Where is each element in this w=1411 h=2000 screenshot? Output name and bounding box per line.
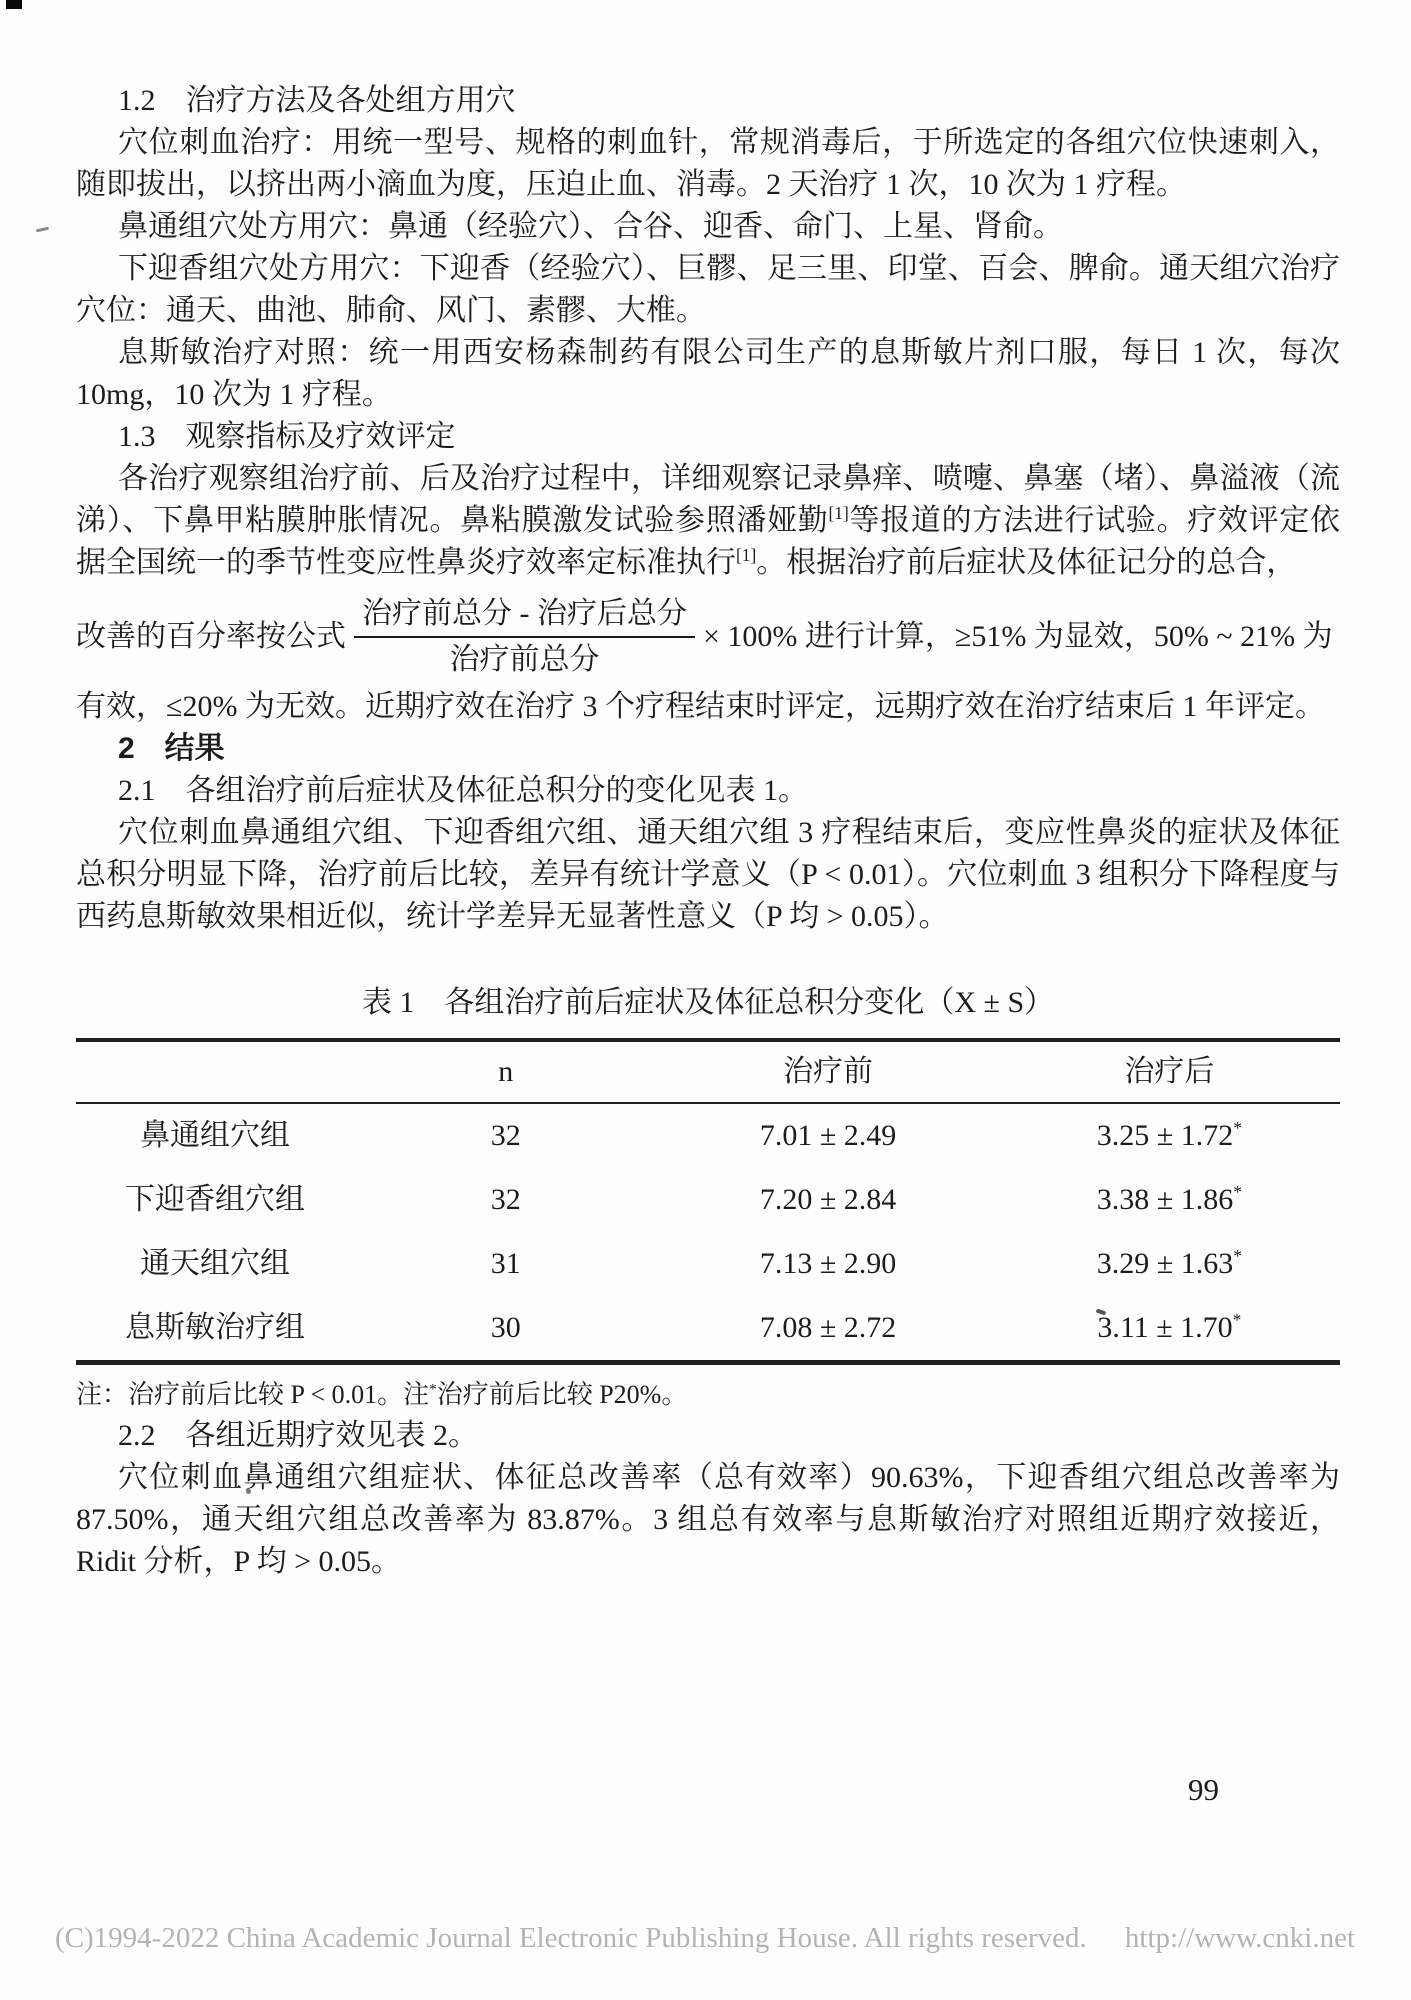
formula-fraction: 治疗前总分 - 治疗后总分 治疗前总分 (354, 594, 695, 680)
scan-artifact-dash (36, 227, 49, 233)
significance-marker: * (1233, 1118, 1242, 1138)
section-heading-2: 2 结果 (76, 728, 1340, 770)
page-number: 99 (1188, 1772, 1219, 1808)
cell-after-value: 3.29 ± 1.63 (1097, 1247, 1233, 1280)
table-1-title: 表 1 各组治疗前后症状及体征总积分变化（X ± S） (76, 982, 1340, 1024)
cell-n: 31 (354, 1232, 657, 1296)
formula-suffix: × 100% 进行计算，≥51% 为显效，50% ~ 21% 为 (703, 616, 1333, 658)
cell-after: 3.11 ± 1.70* (999, 1296, 1340, 1363)
header-after: 治疗后 (999, 1040, 1340, 1103)
cell-after: 3.25 ± 1.72* (999, 1103, 1340, 1168)
copyright-footer: (C)1994-2022 China Academic Journal Elec… (55, 1922, 1355, 1955)
significance-marker: * (1233, 1310, 1242, 1330)
cell-before: 7.01 ± 2.49 (657, 1103, 998, 1168)
cell-after-value: 3.11 ± 1.70 (1097, 1311, 1232, 1344)
paragraph-bloodletting: 穴位刺血治疗：用统一型号、规格的刺血针，常规消毒后，于所选定的各组穴位快速刺入，… (76, 122, 1340, 206)
formula-prefix: 改善的百分率按公式 (76, 616, 346, 658)
table-1: n 治疗前 治疗后 鼻通组穴组 32 7.01 ± 2.49 3.25 ± 1.… (76, 1038, 1340, 1365)
table-row: 鼻通组穴组 32 7.01 ± 2.49 3.25 ± 1.72* (76, 1103, 1340, 1168)
cell-group: 息斯敏治疗组 (76, 1296, 354, 1363)
cell-n: 30 (354, 1296, 657, 1363)
section-heading-1-2: 1.2 治疗方法及各处组方用穴 (76, 80, 1340, 122)
table-note: 注：治疗前后比较 P < 0.01。注*治疗前后比较 P20%。 (76, 1375, 1340, 1415)
paragraph-result-scores: 穴位刺血鼻通组穴组、下迎香组穴组、通天组穴组 3 疗程结束后，变应性鼻炎的症状及… (76, 812, 1340, 938)
cell-n: 32 (354, 1103, 657, 1168)
section-heading-2-1: 2.1 各组治疗前后症状及体征总积分的变化见表 1。 (76, 770, 1340, 812)
observation-text-3: 。根据治疗前后症状及体征记分的总合， (756, 546, 1296, 579)
paragraph-observation: 各治疗观察组治疗前、后及治疗过程中，详细观察记录鼻痒、喷嚏、鼻塞（堵）、鼻溢液（… (76, 458, 1340, 584)
section-heading-1-3: 1.3 观察指标及疗效评定 (76, 416, 1340, 458)
paragraph-xiayingxiang-points: 下迎香组穴处方用穴：下迎香（经验穴）、巨髎、足三里、印堂、百会、脾俞。通天组穴治… (76, 248, 1340, 332)
improvement-rate-formula: 改善的百分率按公式 治疗前总分 - 治疗后总分 治疗前总分 × 100% 进行计… (76, 594, 1340, 680)
table-note-text-1: 注：治疗前后比较 P < 0.01。注 (76, 1380, 429, 1409)
table-1-block: 表 1 各组治疗前后症状及体征总积分变化（X ± S） n 治疗前 治疗后 鼻通… (76, 982, 1340, 1415)
paragraph-bitong-points: 鼻通组穴处方用穴：鼻通（经验穴）、合谷、迎香、命门、上星、肾俞。 (76, 206, 1340, 248)
cell-after-value: 3.38 ± 1.86 (1097, 1183, 1233, 1216)
page-body: 1.2 治疗方法及各处组方用穴 穴位刺血治疗：用统一型号、规格的刺血针，常规消毒… (76, 80, 1340, 1583)
footer-url: http://www.cnki.net (1125, 1922, 1355, 1955)
significance-marker: * (1233, 1246, 1242, 1266)
reference-marker-1: [1] (829, 503, 849, 523)
paragraph-effectiveness-criteria: 有效，≤20% 为无效。近期疗效在治疗 3 个疗程结束时评定，远期疗效在治疗结束… (76, 686, 1340, 728)
paragraph-result-rates: 穴位刺血鼻通组穴组症状、体征总改善率（总有效率）90.63%，下迎香组穴组总改善… (76, 1457, 1340, 1583)
table-row: 息斯敏治疗组 30 7.08 ± 2.72 3.11 ± 1.70* (76, 1296, 1340, 1363)
paragraph-astemizole-control: 息斯敏治疗对照：统一用西安杨森制药有限公司生产的息斯敏片剂口服，每日 1 次，每… (76, 332, 1340, 416)
cell-before: 7.08 ± 2.72 (657, 1296, 998, 1363)
table-note-marker: * (429, 1381, 437, 1397)
reference-marker-2: [1] (736, 545, 756, 565)
table-row: 通天组穴组 31 7.13 ± 2.90 3.29 ± 1.63* (76, 1232, 1340, 1296)
header-before: 治疗前 (657, 1040, 998, 1103)
cell-after-value: 3.25 ± 1.72 (1097, 1119, 1233, 1152)
cell-after: 3.38 ± 1.86* (999, 1168, 1340, 1232)
cell-group: 鼻通组穴组 (76, 1103, 354, 1168)
cell-group: 下迎香组穴组 (76, 1168, 354, 1232)
table-header-row: n 治疗前 治疗后 (76, 1040, 1340, 1103)
formula-numerator: 治疗前总分 - 治疗后总分 (354, 594, 695, 638)
formula-denominator: 治疗前总分 (354, 638, 695, 680)
header-group (76, 1040, 354, 1103)
cell-before: 7.13 ± 2.90 (657, 1232, 998, 1296)
table-note-text-2: 治疗前后比较 P20%。 (437, 1380, 688, 1409)
cell-n: 32 (354, 1168, 657, 1232)
scan-artifact-corner (6, 0, 22, 9)
section-heading-2-2: 2.2 各组近期疗效见表 2。 (76, 1415, 1340, 1457)
header-n: n (354, 1040, 657, 1103)
cell-before: 7.20 ± 2.84 (657, 1168, 998, 1232)
document-page: 1.2 治疗方法及各处组方用穴 穴位刺血治疗：用统一型号、规格的刺血针，常规消毒… (0, 0, 1411, 2000)
significance-marker: * (1233, 1182, 1242, 1202)
cell-group: 通天组穴组 (76, 1232, 354, 1296)
cell-after: 3.29 ± 1.63* (999, 1232, 1340, 1296)
copyright-text: (C)1994-2022 China Academic Journal Elec… (55, 1922, 1087, 1955)
table-row: 下迎香组穴组 32 7.20 ± 2.84 3.38 ± 1.86* (76, 1168, 1340, 1232)
